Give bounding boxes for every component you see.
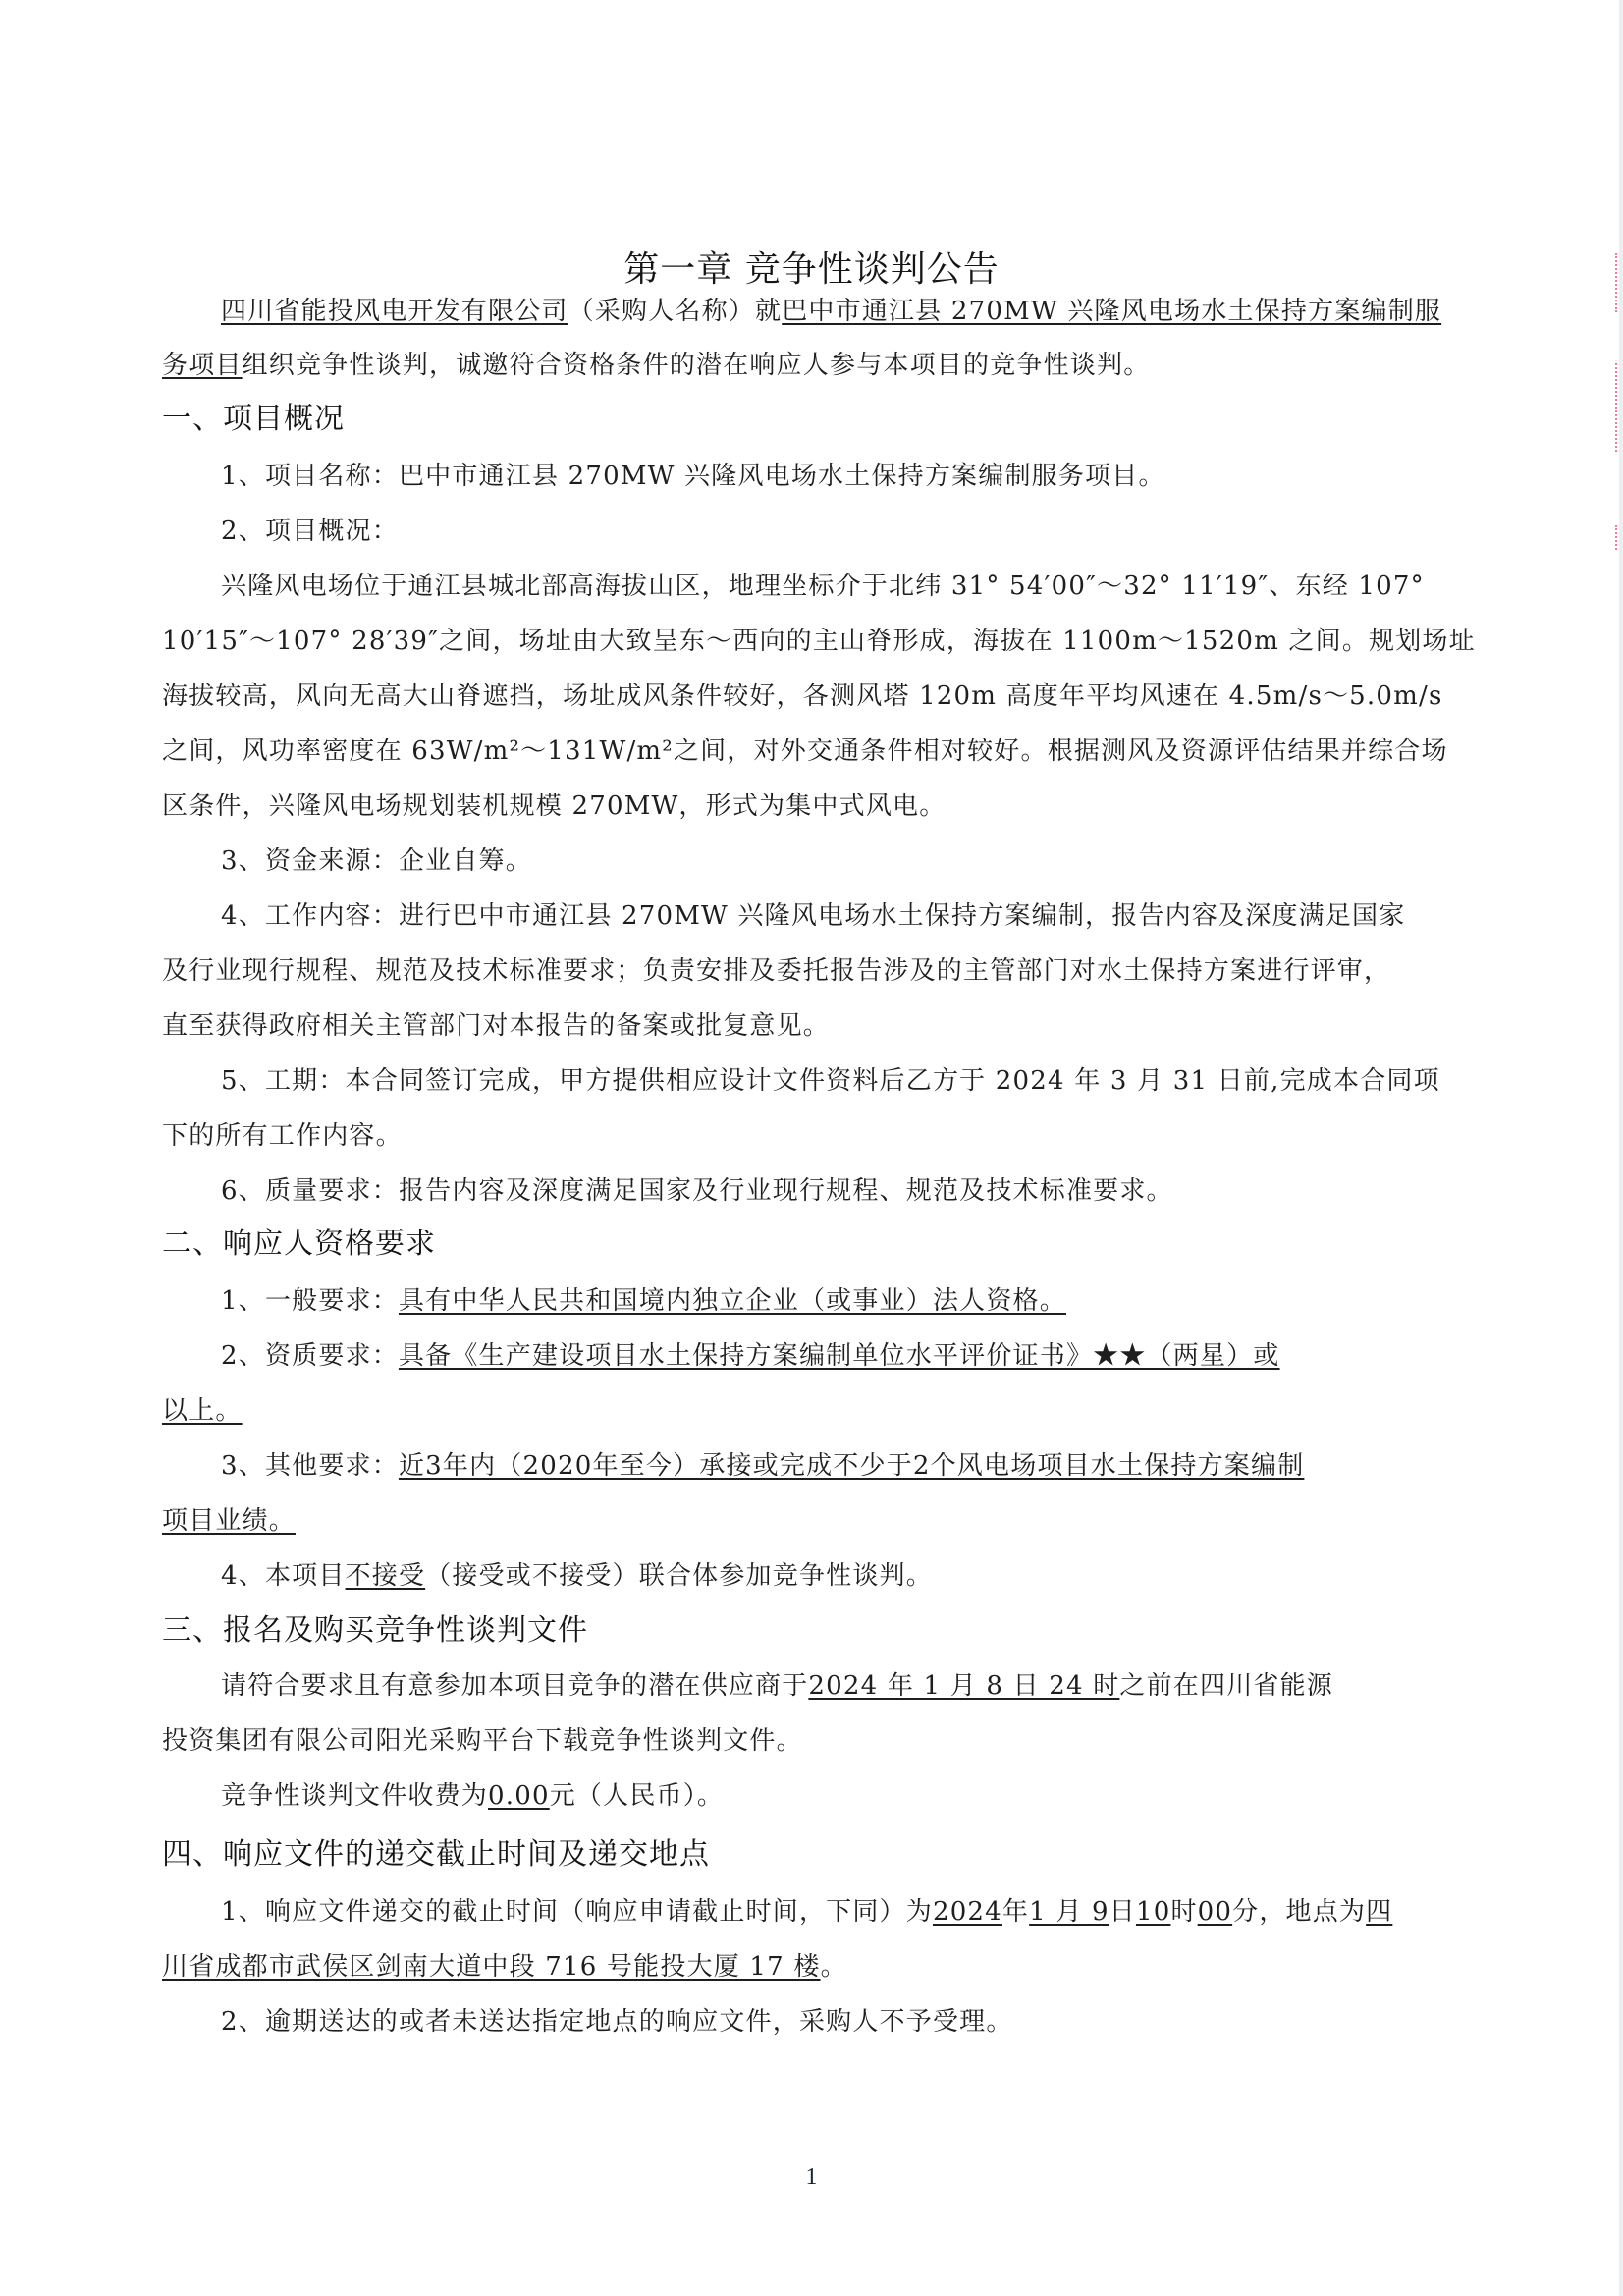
work-line: 4、工作内容：进行巴中市通江县 270MW 兴隆风电场水土保持方案编制，报告内容…: [221, 900, 1537, 933]
overview-line: 之间，风功率密度在 63W/m²～131W/m²之间，对外交通条件相对较好。根据…: [162, 735, 1478, 768]
deadline-hour: 10: [1136, 1897, 1170, 1927]
qualification-requirement-cont: 以上。: [162, 1394, 1478, 1428]
consortium-item: 4、本项目不接受（接受或不接受）联合体参加竞争性谈判。: [221, 1559, 1537, 1593]
consortium-suffix: （接受或不接受）联合体参加竞争性谈判。: [425, 1561, 933, 1591]
general-requirement: 1、一般要求：具有中华人民共和国境内独立企业（或事业）法人资格。: [221, 1285, 1537, 1318]
deadline-minute: 00: [1198, 1897, 1232, 1927]
location-end: 。: [821, 1952, 847, 1982]
other-value: 近3年内（2020年至今）承接或完成不少于2个风电场项目水土保持方案编制: [399, 1451, 1304, 1481]
general-value: 具有中华人民共和国境内独立企业（或事业）法人资格。: [399, 1286, 1066, 1316]
intro-line-1: 四川省能投风电开发有限公司（采购人名称）就巴中市通江县 270MW 兴隆风电场水…: [221, 295, 1537, 328]
location-line: 川省成都市武侯区剑南大道中段 716 号能投大厦 17 楼。: [162, 1950, 1478, 1984]
section-heading-4: 四、响应文件的递交截止时间及递交地点: [162, 1836, 710, 1874]
funding-item: 3、资金来源：企业自筹。: [221, 845, 1537, 878]
purchaser-note: （采购人名称）就: [568, 297, 783, 326]
fee-value: 0.00: [488, 1781, 550, 1811]
qualification-requirement: 2、资质要求：具备《生产建设项目水土保持方案编制单位水平评价证书》★★（两星）或: [221, 1339, 1537, 1373]
overview-line: 区条件，兴隆风电场规划装机规模 270MW，形式为集中式风电。: [162, 790, 1478, 823]
section-heading-3: 三、报名及购买竞争性谈判文件: [162, 1613, 588, 1650]
project-overview-label: 2、项目概况：: [221, 515, 1537, 548]
schedule-line: 5、工期：本合同签订完成，甲方提供相应设计文件资料后乙方于 2024 年 3 月…: [221, 1065, 1537, 1098]
project-name-part1: 巴中市通江县 270MW 兴隆风电场水土保持方案编制服: [782, 297, 1441, 326]
project-name-item: 1、项目名称：巴中市通江县 270MW 兴隆风电场水土保持方案编制服务项目。: [221, 460, 1537, 493]
section-heading-2: 二、响应人资格要求: [162, 1226, 436, 1263]
overview-line: 海拔较高，风向无高大山脊遮挡，场址成风条件较好，各测风塔 120m 高度年平均风…: [162, 680, 1478, 713]
deadline-line: 1、响应文件递交的截止时间（响应申请截止时间，下同）为2024年1 月 9日10…: [221, 1895, 1537, 1929]
minute-unit: 分，地点为: [1232, 1897, 1366, 1927]
qual-label: 2、资质要求：: [221, 1341, 399, 1371]
intro-rest: 组织竞争性谈判，诚邀符合资格条件的潜在响应人参与本项目的竞争性谈判。: [243, 351, 1151, 380]
other-requirement: 3、其他要求：近3年内（2020年至今）承接或完成不少于2个风电场项目水土保持方…: [221, 1449, 1537, 1483]
registration-line: 请符合要求且有意参加本项目竞争的潜在供应商于2024 年 1 月 8 日 24 …: [221, 1669, 1537, 1703]
fee-line: 竞争性谈判文件收费为0.00元（人民币）。: [221, 1779, 1537, 1813]
intro-line-2: 务项目组织竞争性谈判，诚邀符合资格条件的潜在响应人参与本项目的竞争性谈判。: [162, 349, 1478, 382]
reg-deadline: 2024 年 1 月 8 日 24 时: [808, 1671, 1119, 1701]
scan-edge: [1619, 0, 1623, 2296]
other-requirement-cont: 项目业绩。: [162, 1504, 1478, 1538]
document-page: 第一章 竞争性谈判公告 四川省能投风电开发有限公司（采购人名称）就巴中市通江县 …: [0, 0, 1623, 2296]
deadline-prefix: 1、响应文件递交的截止时间（响应申请截止时间，下同）为: [221, 1897, 933, 1927]
qual-value-cont: 以上。: [162, 1396, 243, 1426]
schedule-line: 下的所有工作内容。: [162, 1120, 1478, 1153]
fee-prefix: 竞争性谈判文件收费为: [221, 1781, 488, 1811]
work-line: 直至获得政府相关主管部门对本报告的备案或批复意见。: [162, 1010, 1478, 1043]
section-heading-1: 一、项目概况: [162, 401, 345, 438]
overview-line: 10′15″～107° 28′39″之间，场址由大致呈东～西向的主山脊形成，海拔…: [162, 625, 1478, 658]
chapter-title: 第一章 竞争性谈判公告: [0, 242, 1623, 292]
overview-line: 兴隆风电场位于通江县城北部高海拔山区，地理坐标介于北纬 31° 54′00″～3…: [221, 570, 1537, 603]
day-unit: 日: [1109, 1897, 1136, 1927]
work-line: 及行业现行规程、规范及技术标准要求；负责安排及委托报告涉及的主管部门对水土保持方…: [162, 955, 1478, 988]
consortium-prefix: 4、本项目: [221, 1561, 346, 1591]
consortium-value: 不接受: [346, 1561, 426, 1591]
location-start: 四: [1366, 1897, 1392, 1927]
project-name-part2: 务项目: [162, 351, 243, 380]
deadline-year: 2024: [933, 1897, 1002, 1927]
deadline-month-day: 1 月 9: [1029, 1897, 1109, 1927]
reg-suffix: 之前在四川省能源: [1119, 1671, 1333, 1701]
quality-item: 6、质量要求：报告内容及深度满足国家及行业现行规程、规范及技术标准要求。: [221, 1175, 1537, 1208]
other-label: 3、其他要求：: [221, 1451, 399, 1481]
late-submission-item: 2、逾期送达的或者未送达指定地点的响应文件，采购人不予受理。: [221, 2005, 1537, 2039]
other-value-cont: 项目业绩。: [162, 1506, 296, 1536]
year-unit: 年: [1002, 1897, 1029, 1927]
page-number: 1: [0, 2164, 1623, 2191]
reg-prefix: 请符合要求且有意参加本项目竞争的潜在供应商于: [221, 1671, 808, 1701]
qual-value: 具备《生产建设项目水土保持方案编制单位水平评价证书》★★（两星）或: [399, 1341, 1280, 1371]
location-address: 川省成都市武侯区剑南大道中段 716 号能投大厦 17 楼: [162, 1952, 821, 1982]
purchaser-name: 四川省能投风电开发有限公司: [221, 297, 568, 326]
general-label: 1、一般要求：: [221, 1286, 399, 1316]
registration-line-2: 投资集团有限公司阳光采购平台下载竞争性谈判文件。: [162, 1724, 1478, 1758]
fee-suffix: 元（人民币）。: [550, 1781, 724, 1811]
hour-unit: 时: [1170, 1897, 1197, 1927]
